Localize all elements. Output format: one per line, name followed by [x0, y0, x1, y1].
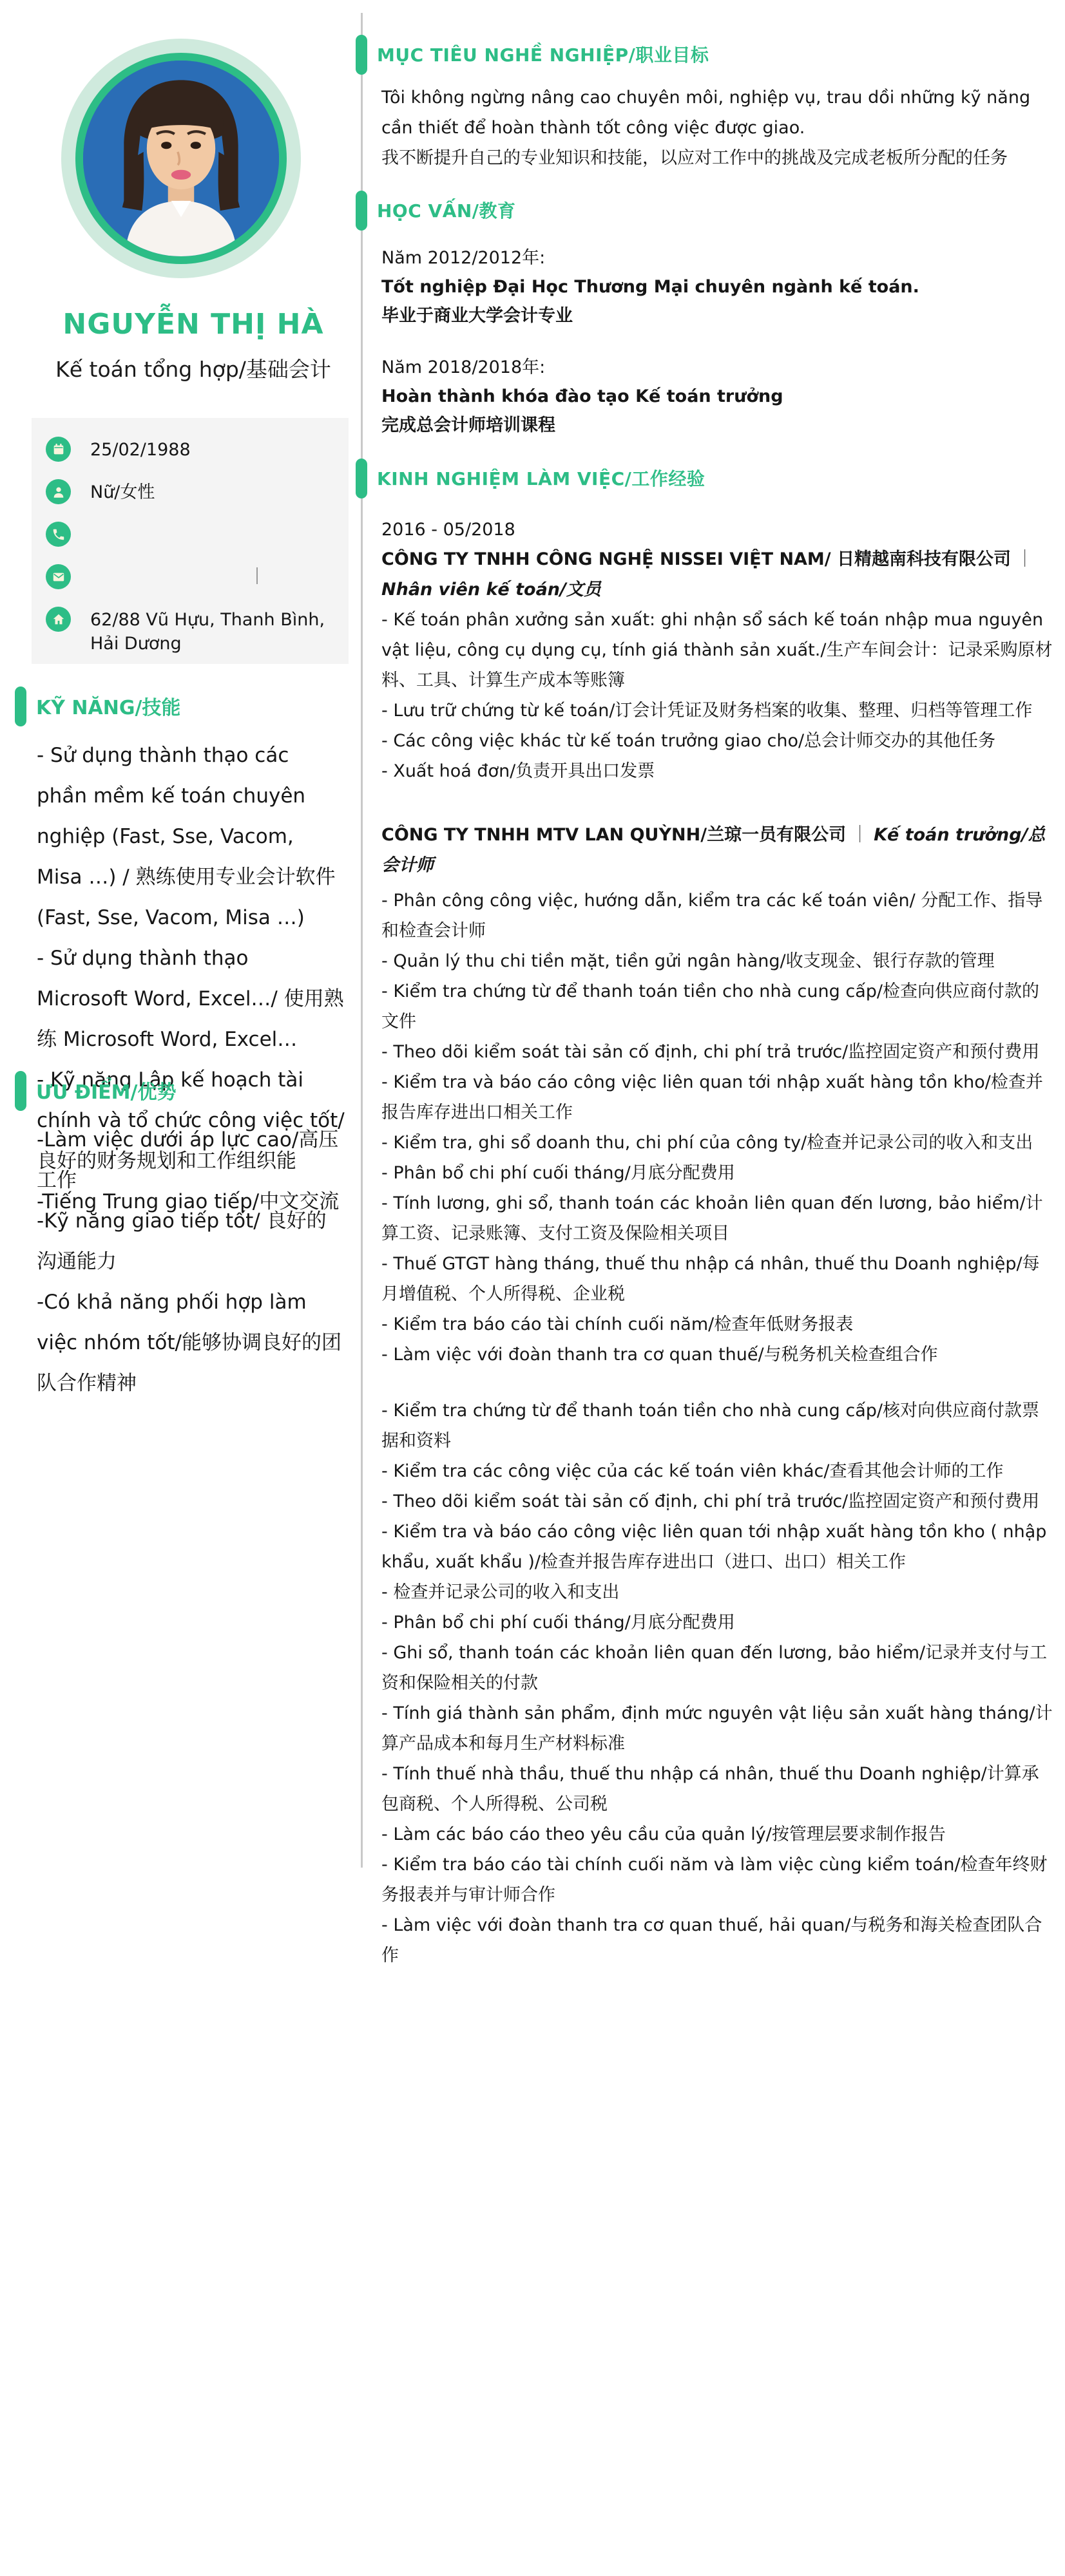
job-duty-list: - Kế toán phân xưởng sản xuất: ghi nhận … — [381, 605, 1055, 786]
education-detail: Tốt nghiệp Đại Học Thương Mại chuyên ngà… — [381, 272, 1055, 301]
strengths-section: ƯU ĐIỂM/优势 -Làm việc dưới áp lực cao/高压工… — [15, 1071, 347, 1404]
experience-heading-row: KINH NGHIỆM LÀM VIỆC/工作经验 — [356, 459, 1061, 498]
job-role: Nhân viên kế toán/文员 — [381, 574, 1055, 605]
job-duty-item: - Lưu trữ chứng từ kế toán/订会计凭证及财务档案的收集… — [381, 696, 1055, 726]
profile-photo — [83, 61, 279, 256]
cv-page: { "colors": { "accent": "#2dbd86", "acce… — [0, 0, 1065, 2576]
education-detail: 完成总会计师培训课程 — [381, 411, 1055, 440]
skills-heading: KỸ NĂNG/技能 — [36, 687, 180, 720]
profile-photo-ring — [75, 53, 287, 264]
job-duty-item: - Theo dõi kiểm soát tài sản cố định, ch… — [381, 1486, 1055, 1517]
job-entry-lan-quynh: CÔNG TY TNHH MTV LAN QUỲNH/兰琼一员有限公司｜Kế t… — [381, 820, 1055, 1971]
job-duty-item: - Ghi sổ, thanh toán các khoản liên quan… — [381, 1638, 1055, 1698]
contact-row-email — [46, 564, 349, 589]
job-duty-item: - Các công việc khác từ kế toán trưởng g… — [381, 726, 1055, 756]
job-duty-item: - Kiểm tra báo cáo tài chính cuối năm/检查… — [381, 1309, 1055, 1340]
text-cursor-artifact — [256, 567, 258, 584]
job-duty-item: - Kiểm tra và báo cáo công việc liên qua… — [381, 1067, 1055, 1128]
contact-panel: 25/02/1988 Nữ/女性 62/88 Vũ Hựu, Thanh Bìn… — [32, 418, 349, 664]
job-duty-item: - Kiểm tra và báo cáo công việc liên qua… — [381, 1517, 1055, 1577]
job-duty-item: - Tính giá thành sản phẩm, định mức nguy… — [381, 1698, 1055, 1759]
education-detail-lines: Tốt nghiệp Đại Học Thương Mại chuyên ngà… — [381, 272, 1055, 330]
section-bar — [356, 191, 367, 231]
job-duty-item: - 检查并记录公司的收入和支出 — [381, 1577, 1055, 1607]
job-company: CÔNG TY TNHH CÔNG NGHỆ NISSEI VIỆT NAM/ … — [381, 549, 1011, 569]
skill-item: - Sử dụng thành thạo các phần mềm kế toá… — [37, 735, 345, 938]
gender-value: Nữ/女性 — [90, 479, 155, 504]
company-role-separator: ｜ — [1016, 549, 1033, 569]
contact-row-phone — [46, 522, 349, 547]
contact-row-gender: Nữ/女性 — [46, 479, 349, 504]
contact-row-address: 62/88 Vũ Hựu, Thanh Bình, Hải Dương — [46, 607, 349, 656]
education-detail: 毕业于商业大学会计专业 — [381, 301, 1055, 330]
education-entry: Năm 2012/2012年: Tốt nghiệp Đại Học Thươn… — [381, 243, 1055, 330]
education-entry: Năm 2018/2018年: Hoàn thành khóa đào tạo … — [381, 353, 1055, 440]
strengths-heading-row: ƯU ĐIỂM/优势 — [15, 1071, 347, 1111]
job-duty-item: - Kế toán phân xưởng sản xuất: ghi nhận … — [381, 605, 1055, 696]
objective-paragraphs: Tôi không ngừng nâng cao chuyên môi, ngh… — [381, 82, 1055, 173]
birthdate-value: 25/02/1988 — [90, 437, 191, 462]
job-duty-item: - Làm việc với đoàn thanh tra cơ quan th… — [381, 1910, 1055, 1971]
job-duty-item: - Làm việc với đoàn thanh tra cơ quan th… — [381, 1340, 1055, 1370]
education-detail: Hoàn thành khóa đào tạo Kế toán trưởng — [381, 382, 1055, 411]
education-detail-lines: Hoàn thành khóa đào tạo Kế toán trưởng完成… — [381, 382, 1055, 440]
job-duty-item: - Kiểm tra chứng từ để thanh toán tiền c… — [381, 976, 1055, 1037]
education-heading-row: HỌC VẤN/教育 — [356, 191, 1061, 231]
job-company-line: CÔNG TY TNHH MTV LAN QUỲNH/兰琼一员有限公司｜Kế t… — [381, 820, 1055, 880]
job-duty-item: - Làm các báo cáo theo yêu cầu của quản … — [381, 1819, 1055, 1850]
job-duty-item: - Tính lương, ghi sổ, thanh toán các kho… — [381, 1188, 1055, 1249]
skill-item: - Sử dụng thành thạo Microsoft Word, Exc… — [37, 938, 345, 1060]
job-duty-item: - Theo dõi kiểm soát tài sản cố định, ch… — [381, 1037, 1055, 1067]
profile-photo-frame — [61, 39, 301, 278]
phone-icon — [46, 522, 71, 547]
job-company-line: CÔNG TY TNHH CÔNG NGHỆ NISSEI VIỆT NAM/ … — [381, 544, 1055, 574]
job-duty-item: - Xuất hoá đơn/负责开具出口发票 — [381, 756, 1055, 786]
section-bar — [15, 1071, 26, 1111]
section-bar — [356, 459, 367, 498]
strength-item: -Có khả năng phối hợp làm việc nhóm tốt/… — [37, 1282, 345, 1404]
job-company: CÔNG TY TNHH MTV LAN QUỲNH/兰琼一员有限公司 — [381, 825, 846, 845]
strengths-list: -Làm việc dưới áp lực cao/高压工作-Kỹ năng g… — [37, 1120, 345, 1404]
objective-section: MỤC TIÊU NGHỀ NGHIỆP/职业目标 Tôi không ngừn… — [356, 35, 1061, 173]
objective-paragraph: Tôi không ngừng nâng cao chuyên môi, ngh… — [381, 82, 1055, 143]
job-duty-item: - Quản lý thu chi tiền mặt, tiền gửi ngâ… — [381, 946, 1055, 976]
contact-row-birthdate: 25/02/1988 — [46, 437, 349, 462]
strengths-heading: ƯU ĐIỂM/优势 — [36, 1071, 176, 1104]
company-role-separator: ｜ — [851, 825, 868, 845]
person-job-title: Kế toán tổng hợp/基础会计 — [13, 353, 374, 383]
education-period: Năm 2018/2018年: — [381, 353, 1055, 382]
section-bar — [356, 35, 367, 75]
experience-section: KINH NGHIỆM LÀM VIỆC/工作经验 2016 - 05/2018… — [356, 459, 1061, 1971]
job-duty-item: - Kiểm tra báo cáo tài chính cuối năm và… — [381, 1850, 1055, 1910]
objective-heading-row: MỤC TIÊU NGHỀ NGHIỆP/职业目标 — [356, 35, 1061, 75]
section-bar — [15, 687, 26, 726]
education-heading: HỌC VẤN/教育 — [377, 191, 516, 223]
job-duty-item: - Kiểm tra các công việc của các kế toán… — [381, 1456, 1055, 1486]
skills-heading-row: KỸ NĂNG/技能 — [15, 687, 347, 726]
email-icon — [46, 564, 71, 589]
objective-paragraph: 我不断提升自己的专业知识和技能，以应对工作中的挑战及完成老板所分配的任务 — [381, 143, 1055, 173]
home-icon — [46, 607, 71, 632]
person-icon — [46, 479, 71, 504]
address-value: 62/88 Vũ Hựu, Thanh Bình, Hải Dương — [90, 607, 341, 656]
job-duty-item: - Tính thuế nhà thầu, thuế thu nhập cá n… — [381, 1759, 1055, 1819]
job-duty-item: - Phân công công việc, hướng dẫn, kiểm t… — [381, 885, 1055, 946]
job-duty-list: - Kiểm tra chứng từ để thanh toán tiền c… — [381, 1396, 1055, 1971]
job-duty-item: - Phân bổ chi phí cuối tháng/月底分配费用 — [381, 1158, 1055, 1188]
experience-heading: KINH NGHIỆM LÀM VIỆC/工作经验 — [377, 459, 705, 491]
strength-item: -Kỹ năng giao tiếp tốt/ 良好的沟通能力 — [37, 1201, 345, 1282]
job-duty-item: - Kiểm tra, ghi sổ doanh thu, chi phí củ… — [381, 1128, 1055, 1158]
job-duty-item: - Kiểm tra chứng từ để thanh toán tiền c… — [381, 1396, 1055, 1456]
person-name: NGUYỄN THỊ HÀ — [13, 308, 374, 341]
education-section: HỌC VẤN/教育 Năm 2012/2012年: Tốt nghiệp Đạ… — [356, 191, 1061, 440]
job-duty-list: - Phân công công việc, hướng dẫn, kiểm t… — [381, 885, 1055, 1370]
calendar-icon — [46, 437, 71, 462]
strength-item: -Làm việc dưới áp lực cao/高压工作 — [37, 1120, 345, 1201]
job-duty-item: - Thuế GTGT hàng tháng, thuế thu nhập cá… — [381, 1249, 1055, 1309]
objective-heading: MỤC TIÊU NGHỀ NGHIỆP/职业目标 — [377, 35, 709, 67]
job-duty-item: - Phân bổ chi phí cuối tháng/月底分配费用 — [381, 1607, 1055, 1638]
job-period: 2016 - 05/2018 — [381, 515, 1055, 544]
education-period: Năm 2012/2012年: — [381, 243, 1055, 272]
job-entry-nissei: 2016 - 05/2018 CÔNG TY TNHH CÔNG NGHỆ NI… — [381, 515, 1055, 786]
portrait-illustration — [83, 61, 279, 256]
